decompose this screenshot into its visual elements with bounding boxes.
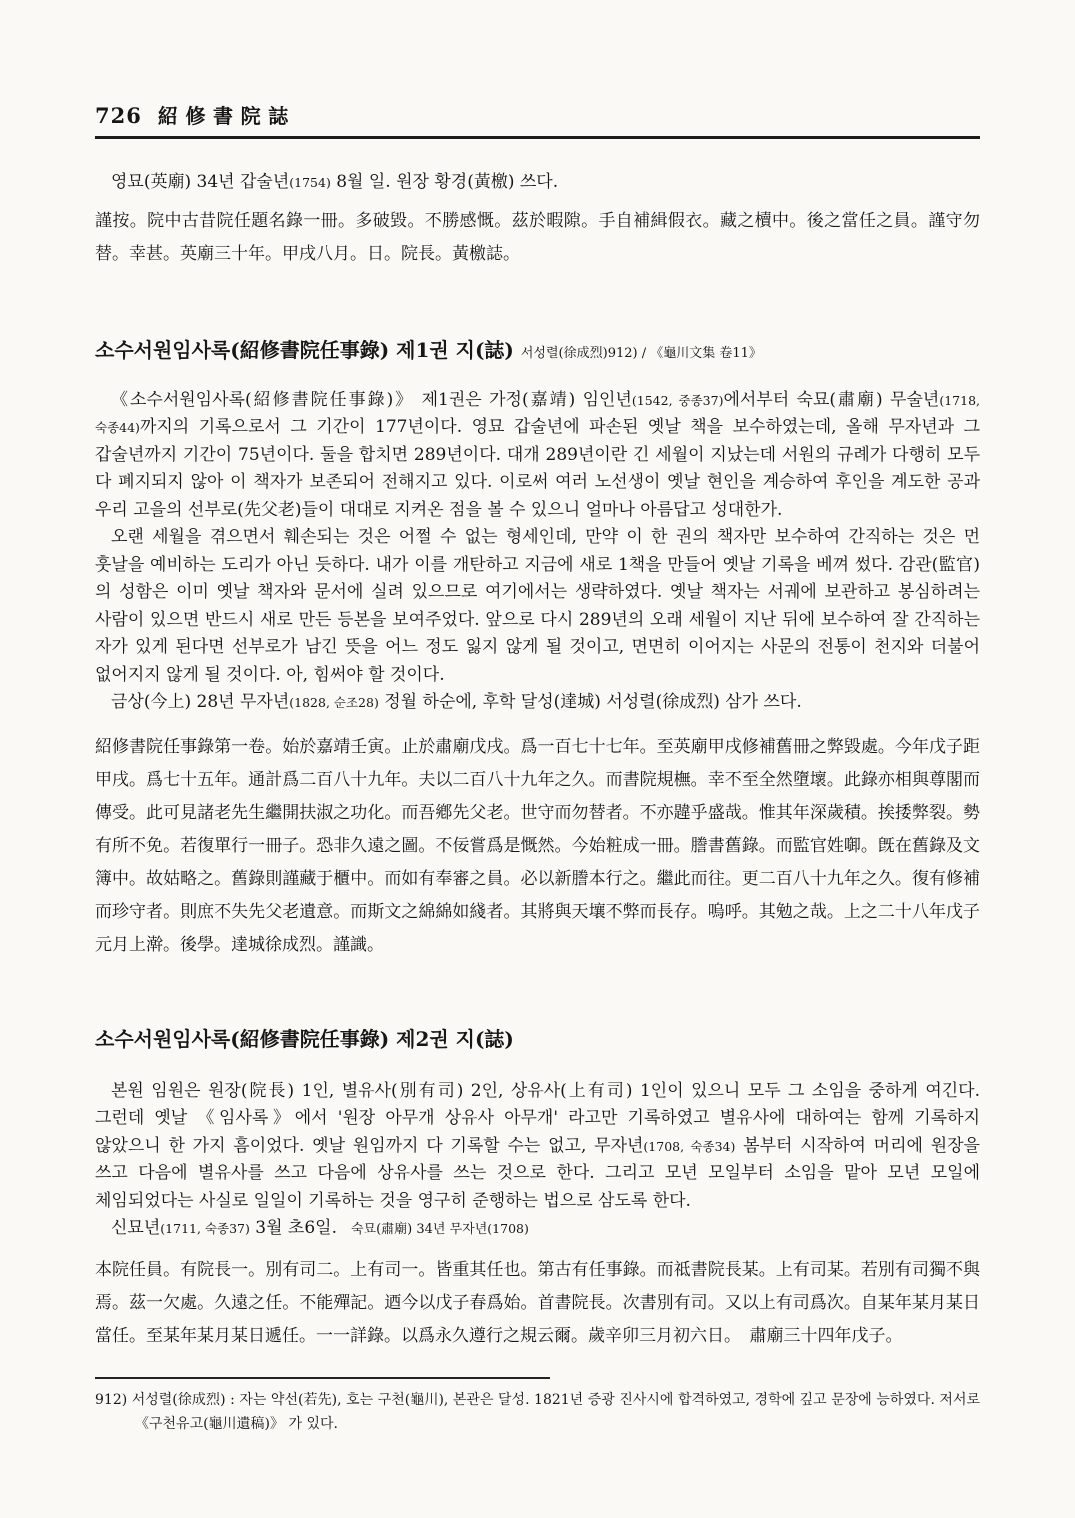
section-1-signature-line: 금상(今上) 28년 무자년(1828, 순조28) 정월 하순에, 후학 달성… (95, 689, 980, 717)
page-number: 726 (95, 103, 142, 128)
book-title: 紹修書院誌 (158, 104, 296, 128)
section-1-title: 소수서원임사록(紹修書院任事錄) 제1권 지(誌) 서성렬(徐成烈)912) /… (95, 337, 980, 363)
footnote-separator (95, 1377, 550, 1379)
intro-hanja-note: 謹按。院中古昔院任題名錄一冊。多破毀。不勝感慨。茲於暇隙。手自補緝假衣。藏之櫝中… (95, 205, 980, 271)
section-1: 소수서원임사록(紹修書院任事錄) 제1권 지(誌) 서성렬(徐成烈)912) /… (95, 337, 980, 962)
date-line-annotation: 숙묘(肅廟) 34년 무자년(1708) (351, 1222, 529, 1237)
section-1-title-text: 소수서원임사록(紹修書院任事錄) 제1권 지(誌) (95, 338, 514, 362)
running-head: 726紹修書院誌 (95, 100, 980, 139)
section-1-paragraph: 오랜 세월을 겪으면서 훼손되는 것은 어쩔 수 없는 형세인데, 만약 이 한… (95, 524, 980, 689)
date-line-text: 신묘년(1711, 숙종37) 3월 초6일. (111, 1218, 337, 1238)
section-1-paragraph: 《소수서원임사록(紹修書院任事錄)》 제1권은 가정(嘉靖) 임인년(1542,… (95, 387, 980, 525)
section-2-hanja-block: 本院任員。有院長一。別有司二。上有司一。皆重其任也。第古有任事錄。而祗書院長某。… (95, 1254, 980, 1353)
section-2: 소수서원임사록(紹修書院任事錄) 제2권 지(誌) 본원 임원은 원장(院長) … (95, 1026, 980, 1353)
book-page: 726紹修書院誌 영묘(英廟) 34년 갑술년(1754) 8월 일. 원장 황… (0, 0, 1075, 1518)
section-1-title-annotation: 서성렬(徐成烈)912) / 《龜川文集 卷11》 (521, 346, 762, 361)
section-2-title: 소수서원임사록(紹修書院任事錄) 제2권 지(誌) (95, 1026, 980, 1052)
section-2-date-line: 신묘년(1711, 숙종37) 3월 초6일.숙묘(肅廟) 34년 무자년(17… (95, 1215, 980, 1244)
intro-date-line: 영묘(英廟) 34년 갑술년(1754) 8월 일. 원장 황경(黃檄) 쓰다. (95, 169, 980, 197)
section-2-paragraph: 본원 임원은 원장(院長) 1인, 별유사(別有司) 2인, 상유사(上有司) … (95, 1078, 980, 1216)
section-1-hanja-block: 紹修書院任事錄第一卷。始於嘉靖壬寅。止於肅廟戊戌。爲一百七十七年。至英廟甲戌修補… (95, 731, 980, 962)
footnote-text: 912) 서성렬(徐成烈) : 자는 약선(若先), 호는 구천(龜川), 본관… (95, 1388, 980, 1436)
